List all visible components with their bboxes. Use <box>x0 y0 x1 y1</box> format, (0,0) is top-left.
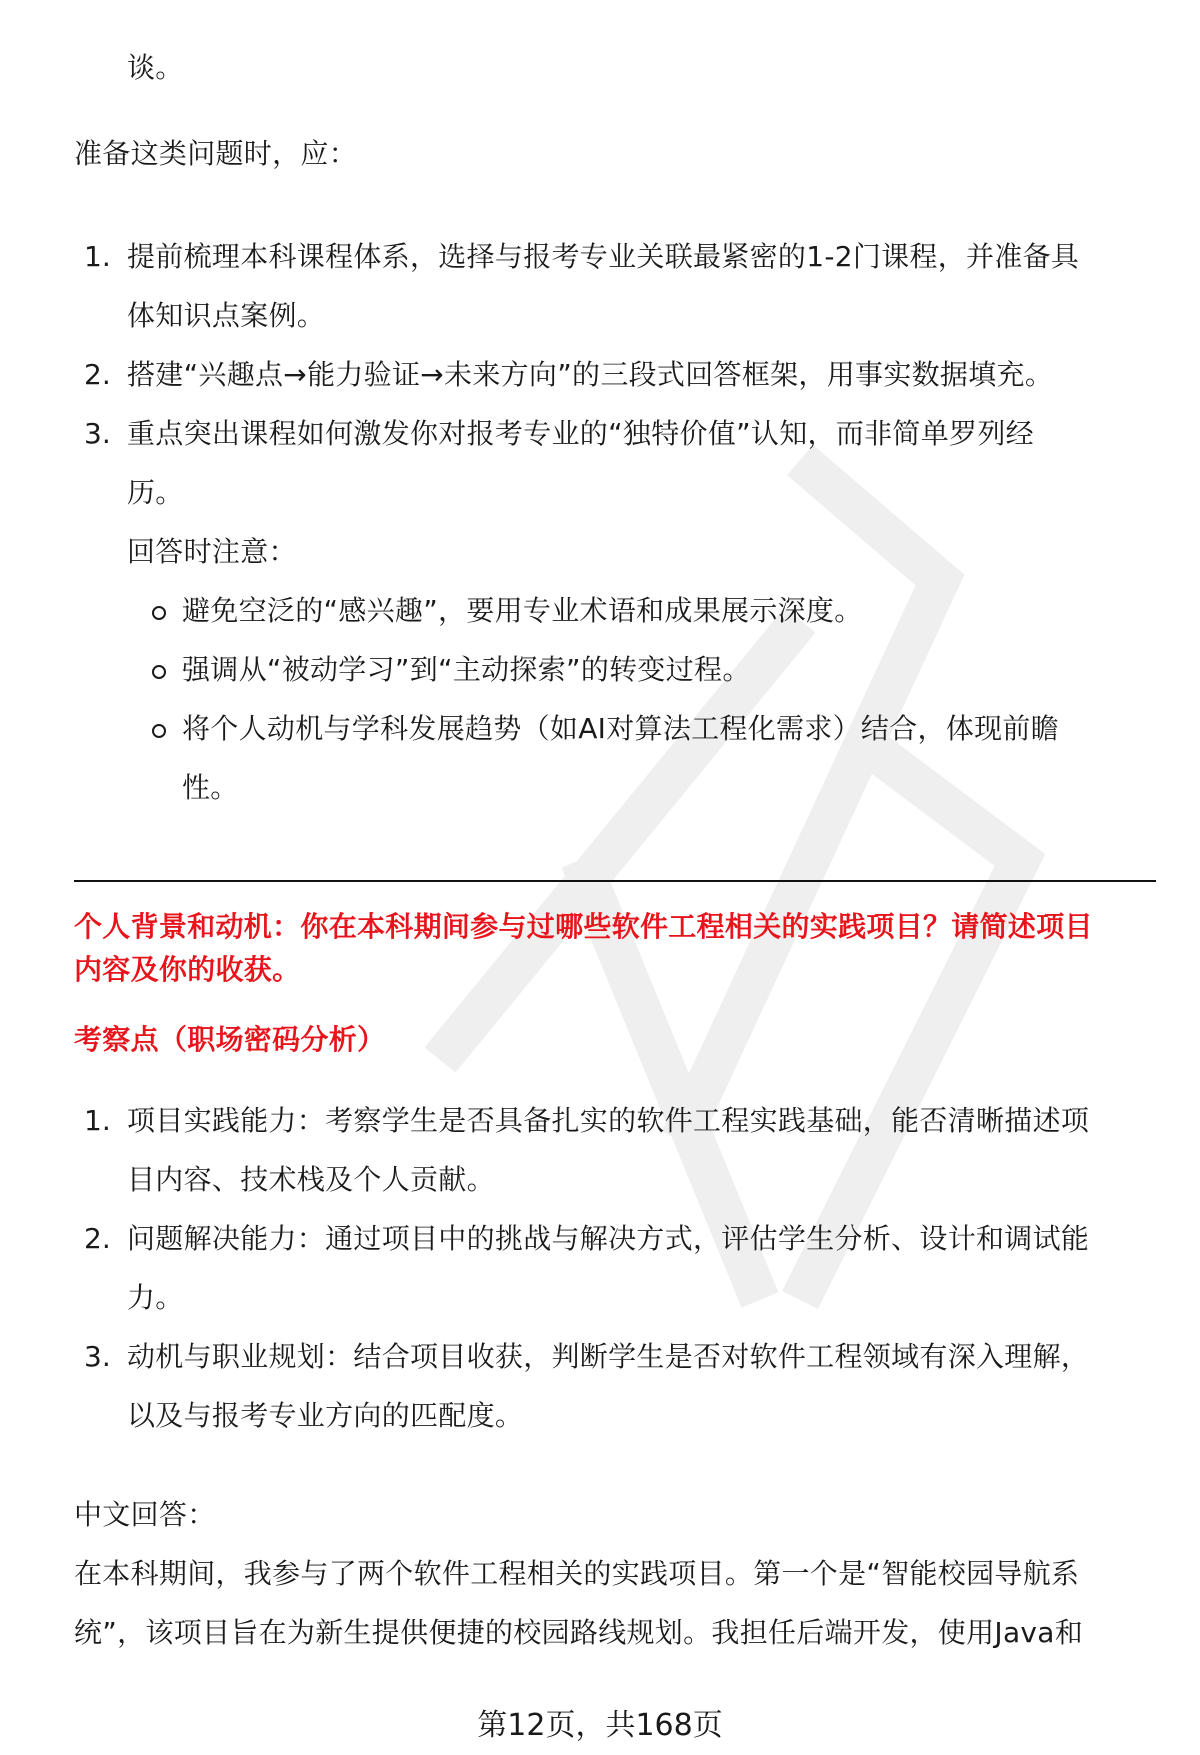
continuation-text: 谈。 <box>127 50 184 86</box>
note-text: 将个人动机与学科发展趋势（如AI对算法工程化需求）结合，体现前瞻 <box>182 711 1059 747</box>
list-number: 1. <box>84 1103 111 1139</box>
page-number: 第12页，共168页 <box>0 1708 1200 1744</box>
answer-text: 在本科期间，我参与了两个软件工程相关的实践项目。第一个是“智能校园导航系 <box>74 1556 1079 1592</box>
answer-title: 中文回答： <box>74 1497 216 1533</box>
list-number: 3. <box>84 1339 111 1375</box>
section-divider <box>74 880 1156 882</box>
list-item-text: 目内容、技术栈及个人贡献。 <box>127 1162 495 1198</box>
list-item-text: 动机与职业规划：结合项目收获，判断学生是否对软件工程领域有深入理解， <box>127 1339 1089 1375</box>
list-number: 2. <box>84 357 111 393</box>
list-item-text: 力。 <box>127 1280 184 1316</box>
list-number: 2. <box>84 1221 111 1257</box>
list-item-text: 重点突出课程如何激发你对报考专业的“独特价值”认知，而非简单罗列经 <box>127 416 1034 452</box>
hollow-bullet-icon <box>152 724 166 738</box>
list-item-text: 历。 <box>127 475 184 511</box>
list-item-text: 提前梳理本科课程体系，选择与报考专业关联最紧密的1-2门课程，并准备具 <box>127 239 1079 275</box>
watermark-logo <box>380 440 1080 1340</box>
note-text: 强调从“被动学习”到“主动探索”的转变过程。 <box>182 652 751 688</box>
notes-title: 回答时注意： <box>127 534 297 570</box>
note-text: 避免空泛的“感兴趣”，要用专业术语和成果展示深度。 <box>182 593 863 629</box>
hollow-bullet-icon <box>152 665 166 679</box>
list-item-text: 搭建“兴趣点→能力验证→未来方向”的三段式回答框架，用事实数据填充。 <box>127 357 1053 393</box>
answer-text: 统”，该项目旨在为新生提供便捷的校园路线规划。我担任后端开发，使用Java和 <box>74 1615 1083 1651</box>
list-item-text: 问题解决能力：通过项目中的挑战与解决方式，评估学生分析、设计和调试能 <box>127 1221 1089 1257</box>
note-text: 性。 <box>182 770 239 806</box>
list-item-text: 项目实践能力：考察学生是否具备扎实的软件工程实践基础，能否清晰描述项 <box>127 1103 1089 1139</box>
list-item-text: 以及与报考专业方向的匹配度。 <box>127 1398 523 1434</box>
prep-intro: 准备这类问题时，应： <box>74 136 357 172</box>
list-number: 3. <box>84 416 111 452</box>
list-number: 1. <box>84 239 111 275</box>
analysis-title: 考察点（职场密码分析） <box>74 1022 385 1058</box>
list-item-text: 体知识点案例。 <box>127 298 325 334</box>
hollow-bullet-icon <box>152 606 166 620</box>
question-line: 个人背景和动机：你在本科期间参与过哪些软件工程相关的实践项目？请简述项目 <box>74 909 1093 945</box>
question-line: 内容及你的收获。 <box>74 952 300 988</box>
